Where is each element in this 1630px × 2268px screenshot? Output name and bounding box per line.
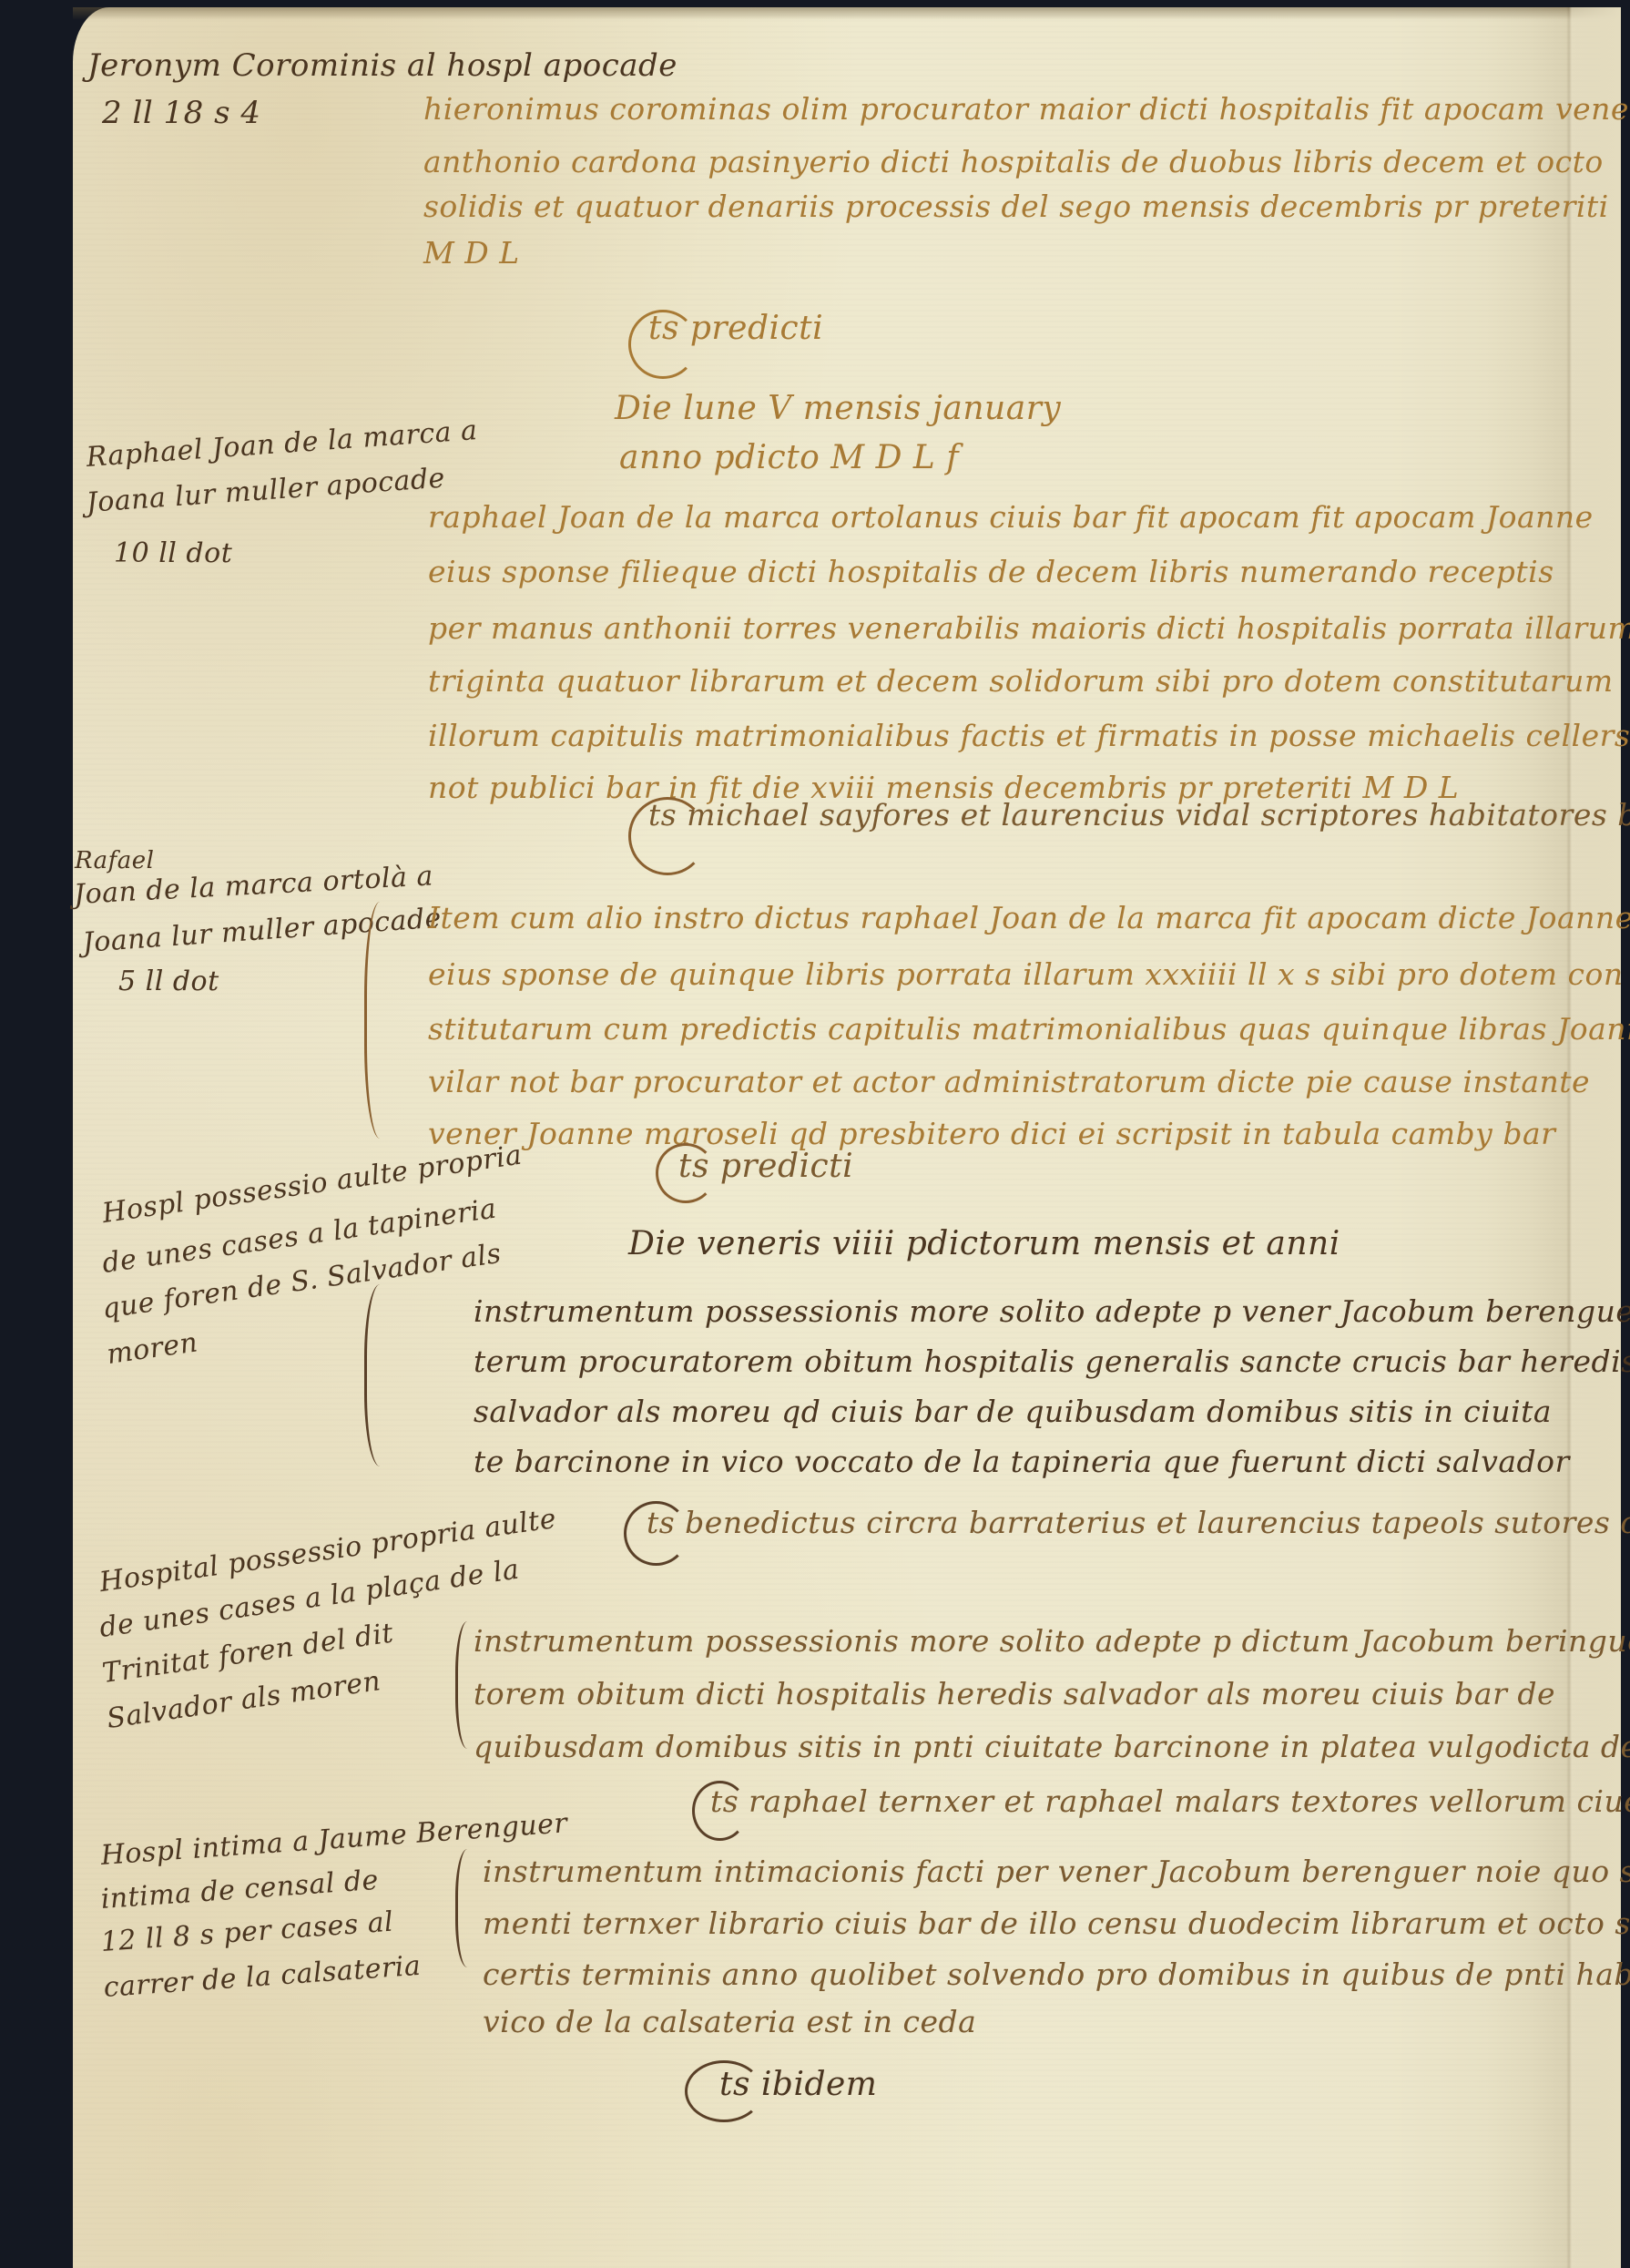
date-line: Die lune V mensis january (615, 390, 1061, 427)
text-line: Item cum alio instro dictus raphael Joan… (428, 900, 1630, 935)
entry-bracket (455, 1849, 485, 1967)
text-line: salvador als moreu qd ciuis bar de quibu… (474, 1394, 1552, 1429)
text-line: vilar not bar procurator et actor admini… (428, 1064, 1590, 1099)
text-line: raphael Joan de la marca ortolanus ciuis… (428, 499, 1594, 535)
text-line: te barcinone in vico voccato de la tapin… (474, 1444, 1570, 1479)
entry-bracket (364, 1284, 403, 1466)
text-line: instrumentum possessionis more solito ad… (474, 1293, 1630, 1329)
witness-heading: ts predicti (648, 310, 823, 347)
witness-heading: ts michael sayfores et laurencius vidal … (648, 797, 1630, 833)
date-line: anno pdicto M D L f (619, 439, 959, 476)
date-line: Die veneris viiii pdictorum mensis et an… (628, 1225, 1340, 1262)
text-line: illorum capitulis matrimonialibus factis… (428, 718, 1630, 753)
margin-note-line: 2 ll 18 s 4 (102, 95, 260, 131)
text-line: solidis et quatuor denariis processis de… (423, 189, 1609, 224)
witness-heading: ts ibidem (719, 2066, 877, 2103)
text-line: eius sponse filieque dicti hospitalis de… (428, 554, 1554, 589)
margin-note-line: 5 ll dot (118, 965, 219, 997)
text-line: triginta quatuor librarum et decem solid… (428, 663, 1614, 699)
text-line: torem obitum dicti hospitalis heredis sa… (474, 1676, 1555, 1711)
text-line: vico de la calsateria est in ceda (483, 2004, 976, 2039)
text-line: anthonio cardona pasinyerio dicti hospit… (423, 144, 1604, 179)
text-line: certis terminis anno quolibet solvendo p… (483, 1956, 1630, 1992)
text-line: menti ternxer librario ciuis bar de illo… (483, 1905, 1630, 1941)
margin-note-line: Jeronym Corominis al hospl apocade (87, 47, 677, 84)
witness-heading: ts raphael ternxer et raphael malars tex… (710, 1783, 1630, 1819)
text-line: M D L (423, 235, 520, 271)
text-line: stitutarum cum predictis capitulis matri… (428, 1011, 1630, 1047)
text-line: hieronimus corominas olim procurator mai… (423, 91, 1630, 127)
text-line: per manus anthonii torres venerabilis ma… (428, 610, 1630, 646)
text-line: terum procuratorem obitum hospitalis gen… (474, 1343, 1630, 1379)
witness-heading: ts benedictus circra barraterius et laur… (647, 1505, 1630, 1540)
margin-note-line: Rafael (75, 847, 155, 874)
worn-top-edge (73, 7, 1621, 20)
witness-heading: ts predicti (678, 1148, 853, 1185)
entry-bracket (364, 902, 403, 1139)
text-line: quibusdam domibus sitis in pnti ciuitate… (474, 1729, 1630, 1764)
margin-note-line: 10 ll dot (114, 537, 232, 569)
text-line: instrumentum intimacionis facti per vene… (483, 1854, 1630, 1889)
text-line: vener Joanne maroseli qd presbitero dici… (428, 1116, 1555, 1151)
text-line: instrumentum possessionis more solito ad… (474, 1623, 1630, 1659)
text-line: eius sponse de quinque libris porrata il… (428, 956, 1624, 992)
